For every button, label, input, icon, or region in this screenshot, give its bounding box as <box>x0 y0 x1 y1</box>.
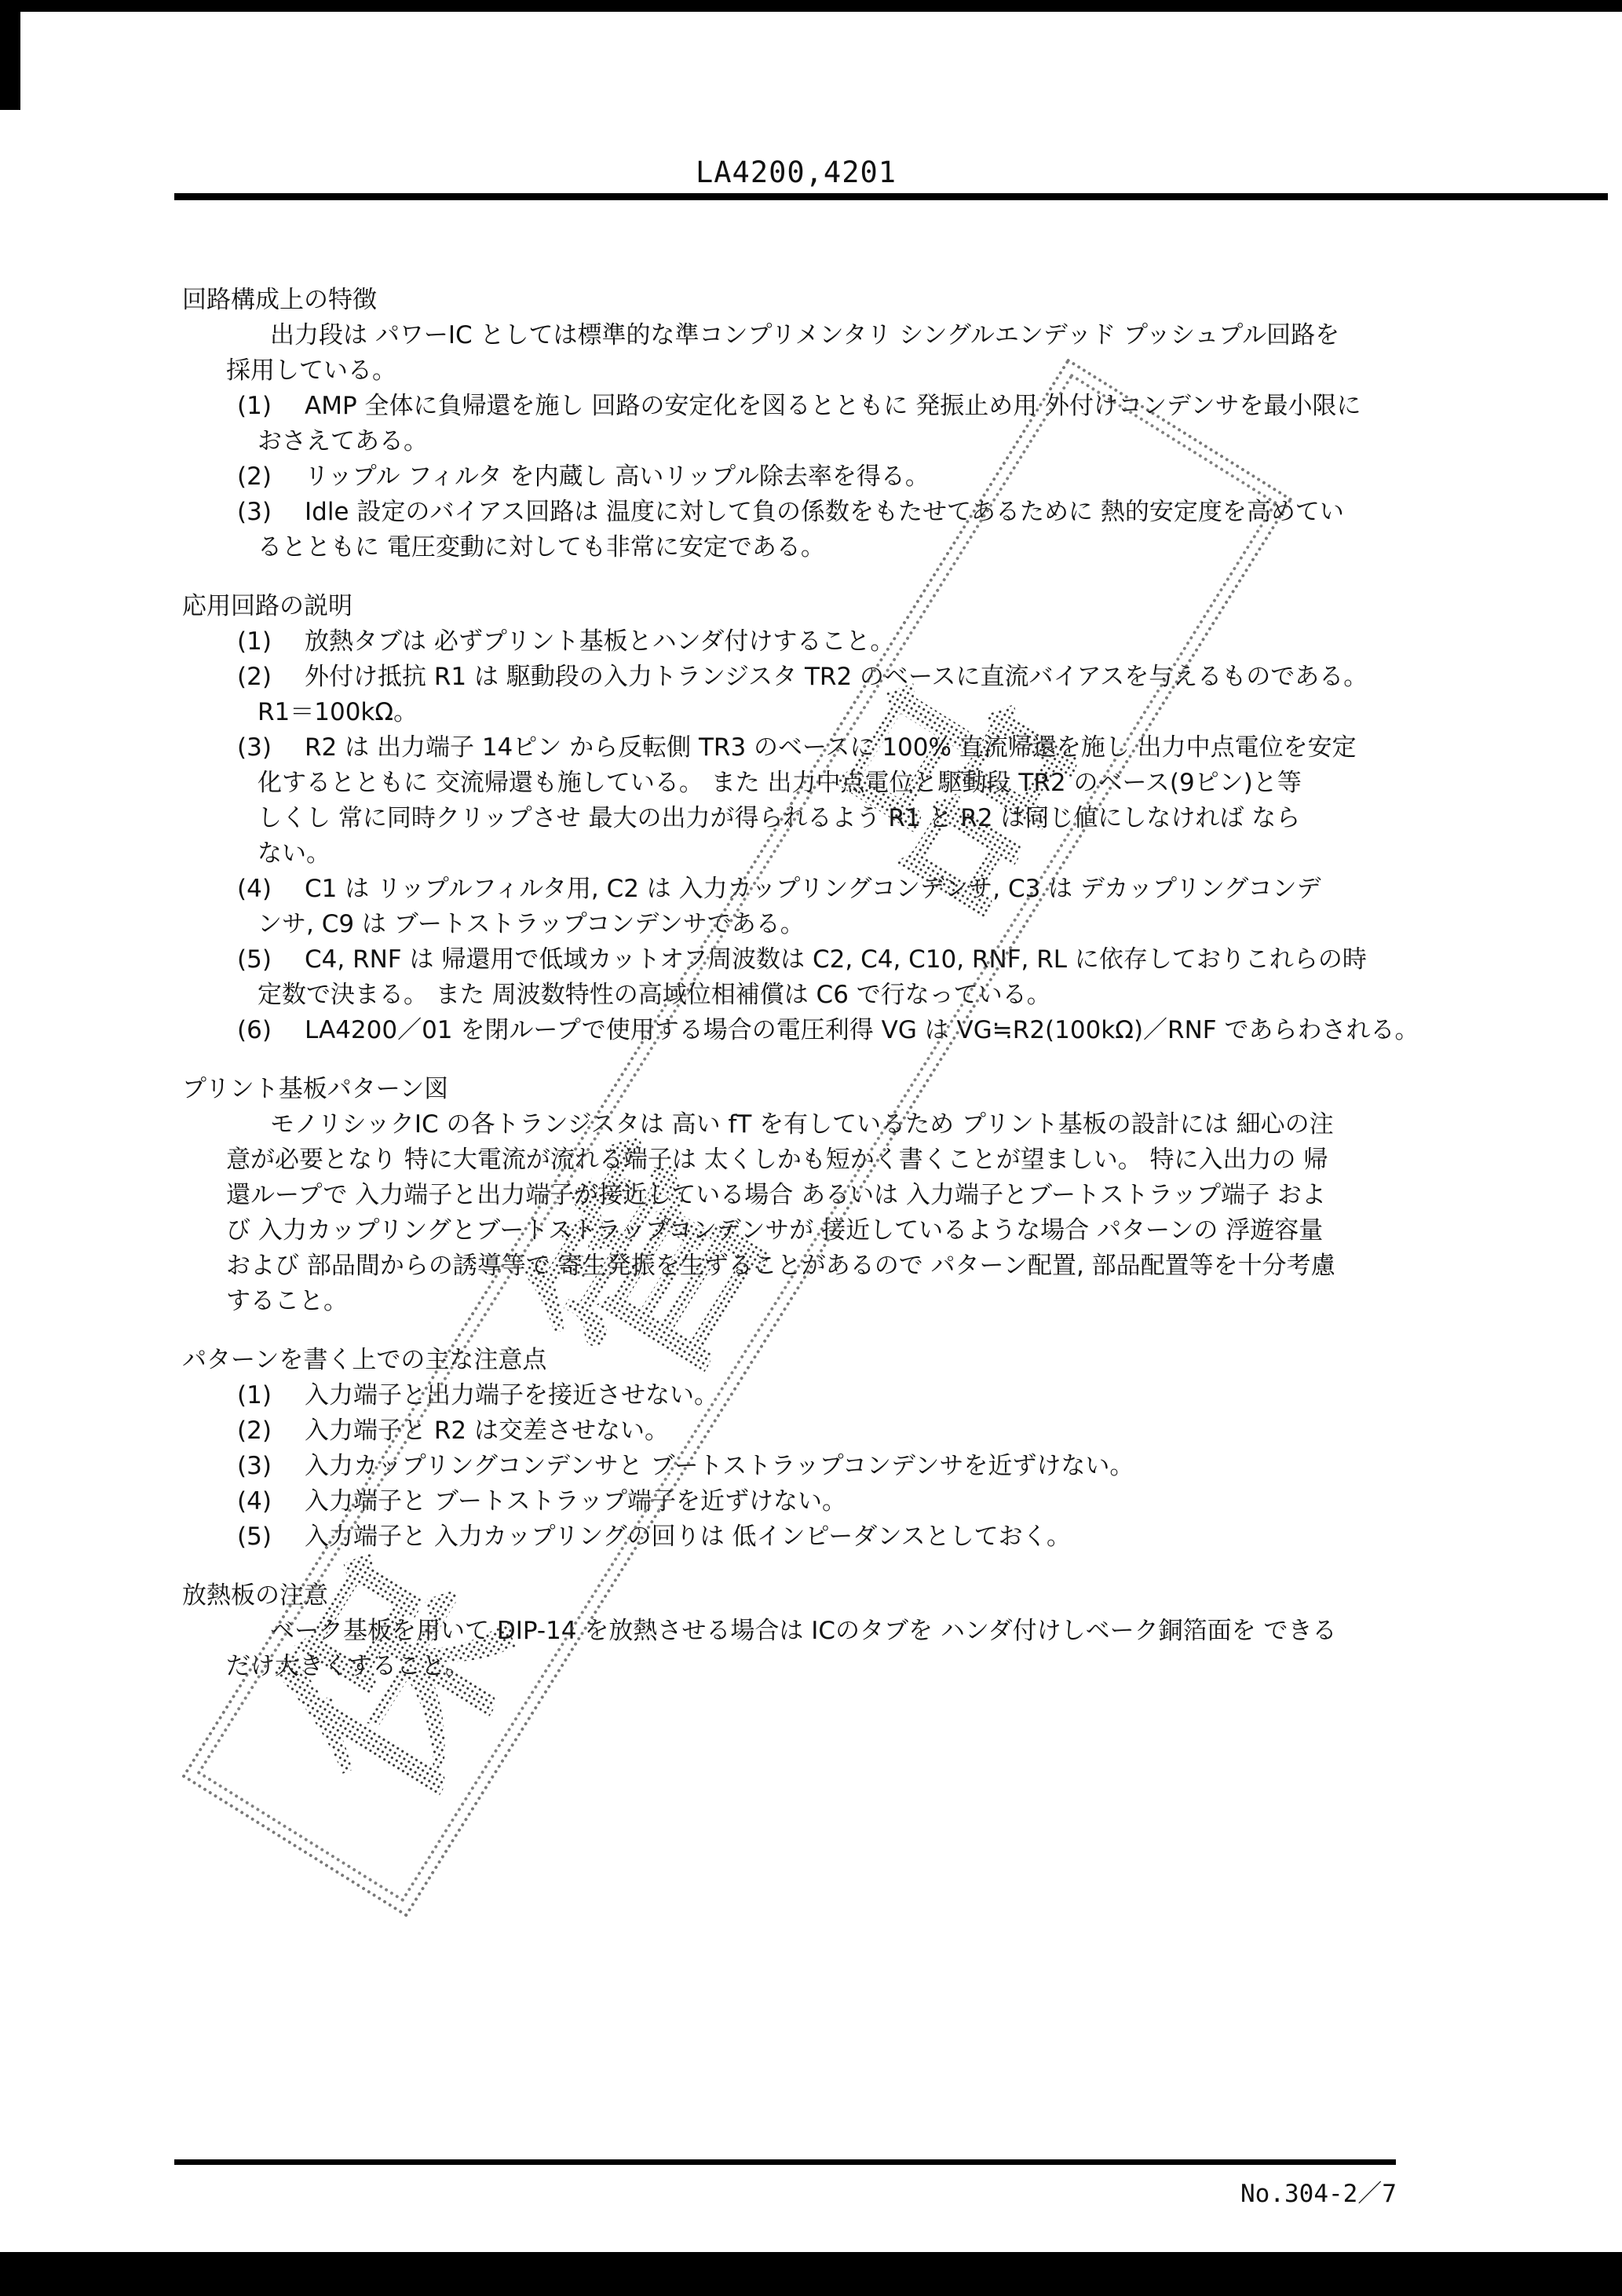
item-text: 入力端子と ブートストラップ端子を近ずけない。 <box>305 1487 846 1515</box>
text-line: 採用している。 <box>226 353 1608 389</box>
item-number: (1) <box>237 1378 305 1413</box>
item-number: (2) <box>237 459 305 495</box>
text-line: 還ループで 入力端子と出力端子が接近している場合 あるいは 入力端子とブートスト… <box>226 1178 1608 1213</box>
text-line: しくし 常に同時クリップさせ 最大の出力が得られるよう R1 と R2 は同じ値… <box>258 801 1608 836</box>
page-number: No.304-2／7 <box>1240 2174 1397 2209</box>
text-line: (1)放熱タブは 必ずプリント基板とハンダ付けすること。 <box>237 624 1608 660</box>
section-heading: 回路構成上の特徴 <box>182 283 1608 318</box>
item-text: 入力端子と出力端子を接近させない。 <box>305 1381 718 1409</box>
text-line: (4)入力端子と ブートストラップ端子を近ずけない。 <box>237 1484 1608 1519</box>
text-line: (5)C4, RNF は 帰還用で低域カットオフ周波数は C2, C4, C10… <box>237 942 1608 978</box>
item-text: 入力端子と R2 は交差させない。 <box>305 1417 669 1445</box>
item-text: C4, RNF は 帰還用で低域カットオフ周波数は C2, C4, C10, R… <box>305 945 1367 974</box>
text-line: および 部品間からの誘導等で 寄生発振を生ずることがあるので パターン配置, 部… <box>226 1249 1608 1284</box>
text-line: (2)外付け抵抗 R1 は 駆動段の入力トランジスタ TR2 のベースに直流バイ… <box>237 660 1608 695</box>
text-line: (1)AMP 全体に負帰還を施し 回路の安定化を図るとともに 発振止め用 外付け… <box>237 389 1608 424</box>
text-line: (6)LA4200／01 を閉ループで使用する場合の電圧利得 VG は VG≒R… <box>237 1013 1608 1048</box>
section: パターンを書く上での主な注意点(1)入力端子と出力端子を接近させない。(2)入力… <box>182 1343 1608 1555</box>
item-number: (6) <box>237 1013 305 1048</box>
item-number: (5) <box>237 1519 305 1555</box>
text-line: だけ大きくすること。 <box>226 1649 1608 1684</box>
item-text: R2 は 出力端子 14ピン から反転側 TR3 のベースに 100% 直流帰還… <box>305 733 1357 762</box>
text-line: (3)Idle 設定のバイアス回路は 温度に対して負の係数をもたせてあるために … <box>237 495 1608 530</box>
text-line: (2)入力端子と R2 は交差させない。 <box>237 1413 1608 1449</box>
text-line: ない。 <box>258 836 1608 872</box>
section: 回路構成上の特徴出力段は パワーIC としては標準的な準コンプリメンタリ シング… <box>182 283 1608 565</box>
document-title: LA4200,4201 <box>696 155 897 189</box>
item-text: 外付け抵抗 R1 は 駆動段の入力トランジスタ TR2 のベースに直流バイアスを… <box>305 663 1368 691</box>
item-text: Idle 設定のバイアス回路は 温度に対して負の係数をもたせてあるために 熱的安… <box>305 498 1344 526</box>
item-number: (2) <box>237 660 305 695</box>
item-number: (1) <box>237 624 305 660</box>
text-line: (2)リップル フィルタ を内蔵し 高いリップル除去率を得る。 <box>237 459 1608 495</box>
text-line: るとともに 電圧変動に対しても非常に安定である。 <box>258 530 1608 565</box>
item-text: 入力端子と 入力カップリングの回りは 低インピーダンスとしておく。 <box>305 1523 1071 1551</box>
item-text: リップル フィルタ を内蔵し 高いリップル除去率を得る。 <box>305 462 930 491</box>
item-number: (3) <box>237 1449 305 1484</box>
text-line: ンサ, C9 は ブートストラップコンデンサである。 <box>258 907 1608 942</box>
text-line: 化するとともに 交流帰還も施している。 また 出力中点電位と駆動段 TR2 のベ… <box>258 766 1608 801</box>
text-line: (3)入力カップリングコンデンサと ブートストラップコンデンサを近ずけない。 <box>237 1449 1608 1484</box>
section-heading: プリント基板パターン図 <box>182 1072 1608 1107</box>
item-text: C1 は リップルフィルタ用, C2 は 入力カップリングコンデンサ, C3 は… <box>305 875 1321 903</box>
header-rule <box>174 193 1608 200</box>
footer-rule <box>174 2159 1396 2165</box>
text-line: R1＝100kΩ。 <box>258 695 1608 730</box>
text-line: すること。 <box>226 1284 1608 1319</box>
section-heading: 放熱板の注意 <box>182 1578 1608 1614</box>
text-line: ベーク基板を用いて DIP-14 を放熱させる場合は ICのタブを ハンダ付けし… <box>270 1614 1608 1649</box>
content: 回路構成上の特徴出力段は パワーIC としては標準的な準コンプリメンタリ シング… <box>182 283 1608 1708</box>
section-heading: パターンを書く上での主な注意点 <box>182 1343 1608 1378</box>
text-line: び 入力カップリングとブートストラップコンデンサが 接近しているような場合 パタ… <box>226 1213 1608 1249</box>
item-number: (3) <box>237 495 305 530</box>
item-number: (4) <box>237 872 305 907</box>
scanned-datasheet-page: { "page": { "title": "LA4200,4201", "pag… <box>0 0 1622 2296</box>
item-number: (1) <box>237 389 305 424</box>
item-number: (2) <box>237 1413 305 1449</box>
section: 放熱板の注意ベーク基板を用いて DIP-14 を放熱させる場合は ICのタブを … <box>182 1578 1608 1684</box>
text-line: (4)C1 は リップルフィルタ用, C2 は 入力カップリングコンデンサ, C… <box>237 872 1608 907</box>
item-text: 放熱タブは 必ずプリント基板とハンダ付けすること。 <box>305 627 894 656</box>
text-line: モノリシックIC の各トランジスタは 高い fT を有しているため プリント基板… <box>270 1107 1608 1143</box>
text-line: (5)入力端子と 入力カップリングの回りは 低インピーダンスとしておく。 <box>237 1519 1608 1555</box>
scan-edge-bottom <box>0 2252 1622 2296</box>
text-line: 意が必要となり 特に大電流が流れる端子は 太くしかも短かく書くことが望ましい。 … <box>226 1143 1608 1178</box>
item-number: (4) <box>237 1484 305 1519</box>
scan-edge-top <box>0 0 1622 12</box>
section: 応用回路の説明(1)放熱タブは 必ずプリント基板とハンダ付けすること。(2)外付… <box>182 589 1608 1048</box>
section: プリント基板パターン図モノリシックIC の各トランジスタは 高い fT を有して… <box>182 1072 1608 1319</box>
item-number: (3) <box>237 730 305 766</box>
item-text: LA4200／01 を閉ループで使用する場合の電圧利得 VG は VG≒R2(1… <box>305 1016 1419 1044</box>
item-text: 入力カップリングコンデンサと ブートストラップコンデンサを近ずけない。 <box>305 1452 1134 1480</box>
text-line: (1)入力端子と出力端子を接近させない。 <box>237 1378 1608 1413</box>
text-line: おさえてある。 <box>258 424 1608 459</box>
text-line: (3)R2 は 出力端子 14ピン から反転側 TR3 のベースに 100% 直… <box>237 730 1608 766</box>
item-number: (5) <box>237 942 305 978</box>
section-heading: 応用回路の説明 <box>182 589 1608 624</box>
item-text: AMP 全体に負帰還を施し 回路の安定化を図るとともに 発振止め用 外付けコンデ… <box>305 392 1361 420</box>
text-line: 定数で決まる。 また 周波数特性の高域位相補償は C6 で行なっている。 <box>258 978 1608 1013</box>
scan-edge-left <box>0 0 20 110</box>
text-line: 出力段は パワーIC としては標準的な準コンプリメンタリ シングルエンデッド プ… <box>270 318 1608 353</box>
